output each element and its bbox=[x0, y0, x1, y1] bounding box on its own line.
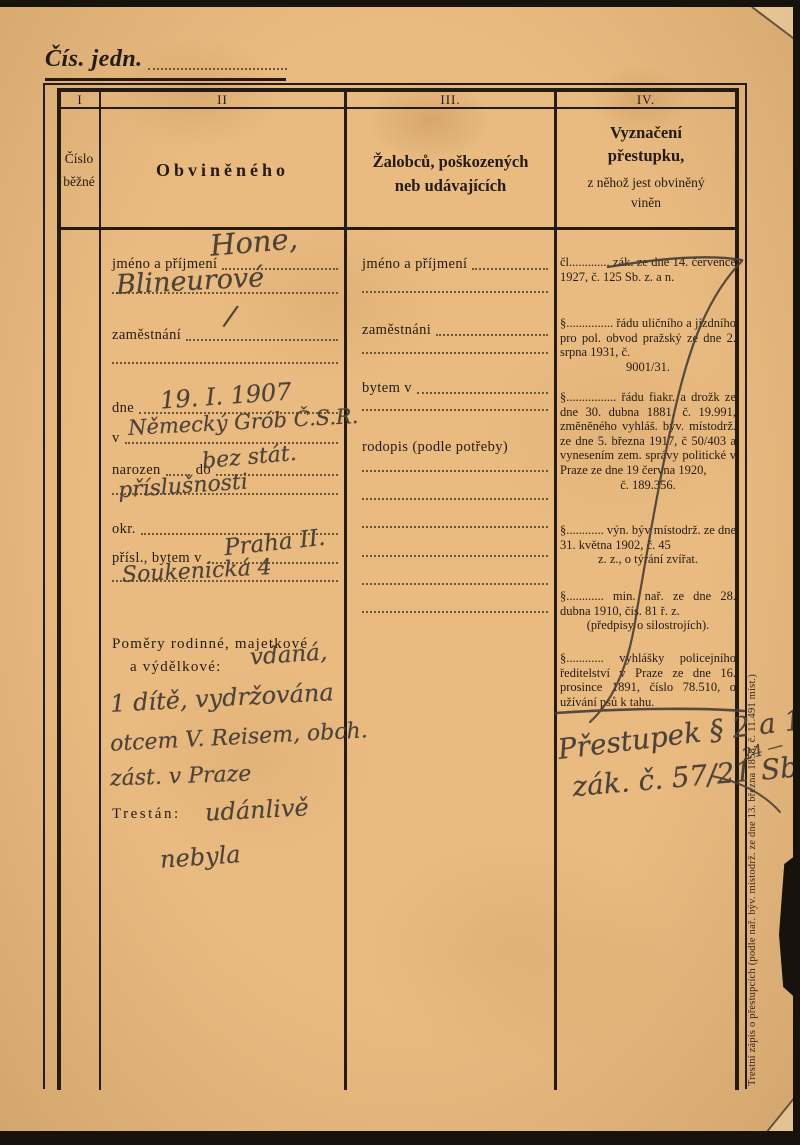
statute-4-body: §............ výn. býv místodrž. ze dne … bbox=[560, 523, 736, 552]
dotted-line bbox=[362, 291, 548, 293]
column-numeral-2: II bbox=[101, 92, 344, 108]
statute-2-center: 9001/31. bbox=[560, 360, 736, 375]
field-blank-2 bbox=[112, 362, 338, 367]
statute-paragraph-6: §............ vyhlášky policej­ního ředi… bbox=[560, 651, 736, 709]
table-outer-left-rule bbox=[43, 83, 45, 1089]
statute-paragraph-1: čl............. zák. ze dne 14. čer­venc… bbox=[560, 255, 736, 284]
table-inner-left-rule bbox=[57, 88, 61, 1090]
top-right-crease bbox=[752, 7, 797, 41]
field3-blank-1 bbox=[362, 291, 548, 296]
statute-paragraph-3: §................ řádu fiakr. a drožk ze… bbox=[560, 390, 736, 492]
statute-4-center: z. z., o týrání zvířat. bbox=[560, 552, 736, 567]
statute-6-body: §............ vyhlášky policej­ního ředi… bbox=[560, 651, 736, 709]
header-zalobcu-line2: neb udávajících bbox=[347, 174, 554, 198]
field3-blank-7 bbox=[362, 555, 548, 560]
label-zamestnani: zaměstnání bbox=[112, 327, 181, 344]
header-zalobcu-line1: Žalobců, poškozených bbox=[347, 150, 554, 174]
handwriting-name-2: Blineurové bbox=[115, 264, 264, 299]
reference-underline bbox=[45, 78, 286, 81]
handwriting-family-1: vdaná, bbox=[249, 641, 328, 669]
handwriting-punished-1: udánlivě bbox=[204, 795, 309, 824]
handwriting-family-4: zást. v Praze bbox=[110, 764, 252, 791]
reference-dotted-line bbox=[148, 68, 287, 70]
column-numeral-1: I bbox=[61, 92, 99, 108]
dotted-line bbox=[362, 470, 548, 472]
reference-number-block: Čís. jedn. bbox=[45, 46, 287, 73]
column-header-obvineneho: Obviněného bbox=[101, 160, 344, 181]
field3-blank-3 bbox=[362, 409, 548, 414]
statute-1-body: čl............. zák. ze dne 14. čer­venc… bbox=[560, 255, 736, 284]
field3-blank-6 bbox=[362, 526, 548, 531]
dotted-line bbox=[362, 498, 548, 500]
field3-blank-5 bbox=[362, 498, 548, 503]
header-bezne: běžné bbox=[59, 171, 99, 194]
field3-blank-4 bbox=[362, 470, 548, 475]
statute-paragraph-2: §............... řádu uličního a jízdníh… bbox=[560, 316, 736, 374]
column-header-zalobcu: Žalobců, poškozených neb udávajících bbox=[347, 150, 554, 198]
header-vyznaceni-line1: Vyznačení bbox=[557, 121, 735, 144]
pen-underline bbox=[556, 709, 744, 713]
column-divider-2 bbox=[344, 88, 347, 1090]
label-trestan: Trestán: bbox=[112, 806, 181, 823]
field3-blank-8 bbox=[362, 583, 548, 588]
dotted-line bbox=[362, 555, 548, 557]
header-cislo: Číslo bbox=[59, 148, 99, 171]
label3-bytem: bytem v bbox=[362, 380, 412, 397]
dotted-line bbox=[362, 526, 548, 528]
statute-2-body: §............... řádu uličního a jízdníh… bbox=[560, 316, 736, 360]
dotted-line bbox=[125, 442, 338, 444]
dotted-line bbox=[436, 334, 548, 336]
field3-jmeno-prijmeni: jméno a příjmení bbox=[362, 256, 548, 273]
column-divider-1 bbox=[99, 88, 101, 1090]
dotted-line bbox=[362, 409, 548, 411]
statute-5-body: §............ min. nař. ze dne 28. dubna… bbox=[560, 589, 736, 618]
dotted-line bbox=[362, 352, 548, 354]
column-header-vyznaceni: Vyznačení přestupku, z něhož jest obvině… bbox=[557, 121, 735, 214]
label-pomery-line2: a výdělkové: bbox=[130, 659, 221, 676]
handwriting-name-1: Hone, bbox=[209, 224, 299, 261]
column-numeral-4: IV. bbox=[557, 92, 735, 108]
scan-edge-notch bbox=[779, 852, 800, 1002]
column-numeral-3: III. bbox=[347, 92, 554, 108]
dotted-line bbox=[112, 362, 338, 364]
label3-rodopis: rodopis (podle potřeby) bbox=[362, 439, 508, 456]
dotted-line bbox=[362, 583, 548, 585]
dotted-line bbox=[186, 339, 338, 341]
scanned-form-page: Čís. jedn. I II III. IV. Číslo běžné Obv… bbox=[0, 0, 800, 1145]
dotted-line bbox=[362, 611, 548, 613]
statute-paragraph-4: §............ výn. býv místodrž. ze dne … bbox=[560, 523, 736, 567]
label-v: v bbox=[112, 430, 120, 447]
header-vyznaceni-line3: z něhož jest obviněný bbox=[557, 173, 735, 193]
header-bottom-rule bbox=[57, 227, 739, 230]
label3-zamestnani: zaměstnáni bbox=[362, 322, 431, 339]
label3-jmeno: jméno a příjmení bbox=[362, 256, 467, 273]
column-divider-3 bbox=[554, 88, 557, 1090]
handwriting-family-3: otcem V. Reisem, obch. bbox=[110, 720, 369, 755]
header-vyznaceni-line4: viněn bbox=[557, 193, 735, 213]
field3-zamestnani: zaměstnáni bbox=[362, 322, 548, 339]
statute-paragraph-5: §............ min. nař. ze dne 28. dubna… bbox=[560, 589, 736, 633]
label-dne: dne bbox=[112, 400, 134, 417]
statute-3-body: §................ řádu fiakr. a drožk ze… bbox=[560, 390, 736, 478]
reference-number-label: Čís. jedn. bbox=[45, 46, 143, 73]
field3-blank-2 bbox=[362, 352, 548, 357]
scan-edge-bottom bbox=[0, 1131, 800, 1145]
dotted-line bbox=[472, 268, 548, 270]
column-header-cislo-bezne: Číslo běžné bbox=[59, 148, 99, 194]
handwriting-family-2: 1 dítě, vydržována bbox=[110, 680, 335, 716]
statute-3-center: č. 189.356. bbox=[560, 478, 736, 493]
label-okres: okr. bbox=[112, 521, 136, 538]
handwriting-punished-2: nebyla bbox=[159, 842, 241, 872]
field3-blank-9 bbox=[362, 611, 548, 616]
scan-edge-top bbox=[0, 0, 800, 7]
field3-bytem: bytem v bbox=[362, 380, 548, 397]
header-vyznaceni-line2: přestupku, bbox=[557, 144, 735, 167]
table-outer-top-rule bbox=[44, 83, 746, 85]
statute-5-center: (předpisy o silostrojích). bbox=[560, 618, 736, 633]
dotted-line bbox=[417, 392, 548, 394]
side-imprint: Trestní zápis o přestupcích (podle nař. … bbox=[747, 640, 758, 1086]
